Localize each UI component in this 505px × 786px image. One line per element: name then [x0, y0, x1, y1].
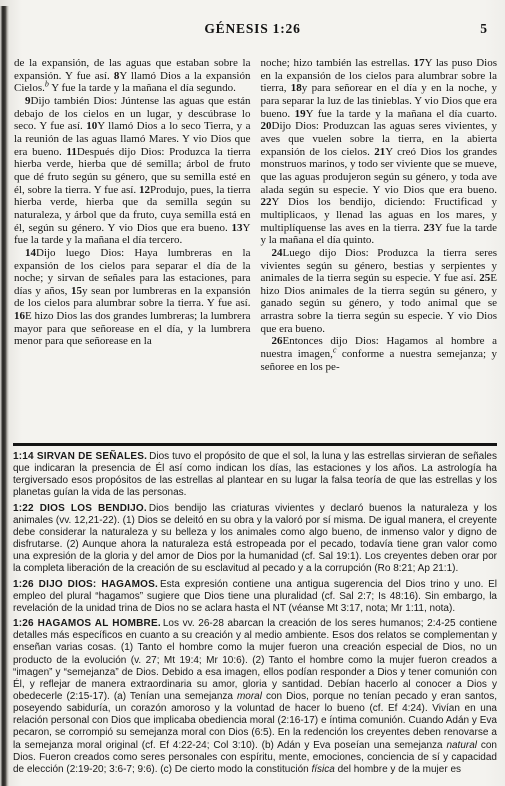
verse-number: 15	[71, 285, 82, 297]
verse-number: 21	[374, 146, 385, 158]
verse-number: 11	[66, 146, 76, 158]
study-note: 1:26 DIJO DIOS: HAGAMOS.Esta expresión c…	[13, 579, 497, 615]
text-run: natural	[446, 740, 477, 751]
bible-page: GÉNESIS 1:26 5 de la expansión, de las a…	[0, 0, 505, 786]
text-run: Luego dijo Dios: Produzca la tierra sere…	[261, 247, 498, 284]
verse-number: 16	[14, 310, 25, 322]
text-run: física	[311, 764, 334, 775]
scripture-column-right: noche; hizo también las estrellas. 17Y l…	[261, 57, 498, 441]
scripture-paragraph: 26Entonces dijo Dios: Hagamos al hombre …	[261, 335, 498, 373]
book-reference: GÉNESIS 1:26	[204, 21, 300, 36]
verse-number: 25	[479, 272, 490, 284]
verse-number: 18	[291, 82, 302, 94]
binding-shadow	[0, 6, 9, 786]
note-heading: 1:26 DIJO DIOS: HAGAMOS.	[13, 579, 158, 590]
verse-number: 10	[86, 120, 97, 132]
verse-number: 20	[261, 120, 272, 132]
scripture-column-left: de la expansión, de las aguas que estaba…	[14, 57, 251, 441]
verse-number: 23	[424, 222, 435, 234]
text-run: Y fue la tarde y la mañana el día segund…	[49, 82, 236, 94]
verse-number: 22	[261, 196, 272, 208]
verse-number: 13	[232, 222, 243, 234]
note-heading: 1:14 SIRVAN DE SEÑALES.	[13, 451, 147, 462]
verse-number: 19	[295, 108, 306, 120]
verse-number: 26	[272, 335, 283, 347]
scripture-paragraph: de la expansión, de las aguas que estaba…	[14, 57, 251, 95]
text-run: Los vv. 26-28 abarcan la creación de los…	[13, 618, 497, 702]
scripture-paragraph: 14Dijo luego Dios: Haya lumbreras en la …	[14, 247, 251, 348]
verse-number: 14	[25, 247, 36, 259]
study-notes-section: 1:14 SIRVAN DE SEÑALES.Dios tuvo el prop…	[0, 446, 505, 776]
study-note: 1:14 SIRVAN DE SEÑALES.Dios tuvo el prop…	[13, 451, 497, 500]
note-heading: 1:26 HAGAMOS AL HOMBRE.	[13, 618, 161, 629]
text-run: Y fue la tarde y la mañana el día cuarto…	[306, 108, 497, 120]
verse-number: 17	[414, 57, 425, 69]
scripture-section: de la expansión, de las aguas que estaba…	[0, 57, 505, 441]
text-run: del hombre y de la mujer es	[335, 764, 461, 775]
text-run: E hizo Dios las dos grandes lumbreras; l…	[14, 310, 251, 347]
text-run: noche; hizo también las estrellas.	[261, 57, 414, 69]
note-heading: 1:22 DIOS LOS BENDIJO.	[13, 503, 147, 514]
note-body: Los vv. 26-28 abarcan la creación de los…	[13, 618, 497, 775]
text-run: moral	[237, 691, 262, 702]
scripture-paragraph: 24Luego dijo Dios: Produzca la tierra se…	[261, 247, 498, 336]
scripture-paragraph: noche; hizo también las estrellas. 17Y l…	[261, 57, 498, 247]
page-number: 5	[480, 21, 487, 37]
verse-number: 12	[139, 184, 150, 196]
study-note: 1:26 HAGAMOS AL HOMBRE.Los vv. 26-28 aba…	[13, 618, 497, 776]
verse-number: 24	[272, 247, 283, 259]
study-note: 1:22 DIOS LOS BENDIJO.Dios bendijo las c…	[13, 503, 497, 576]
running-header: GÉNESIS 1:26 5	[0, 0, 505, 37]
scripture-paragraph: 9Dijo también Dios: Júntense las aguas q…	[14, 95, 251, 247]
